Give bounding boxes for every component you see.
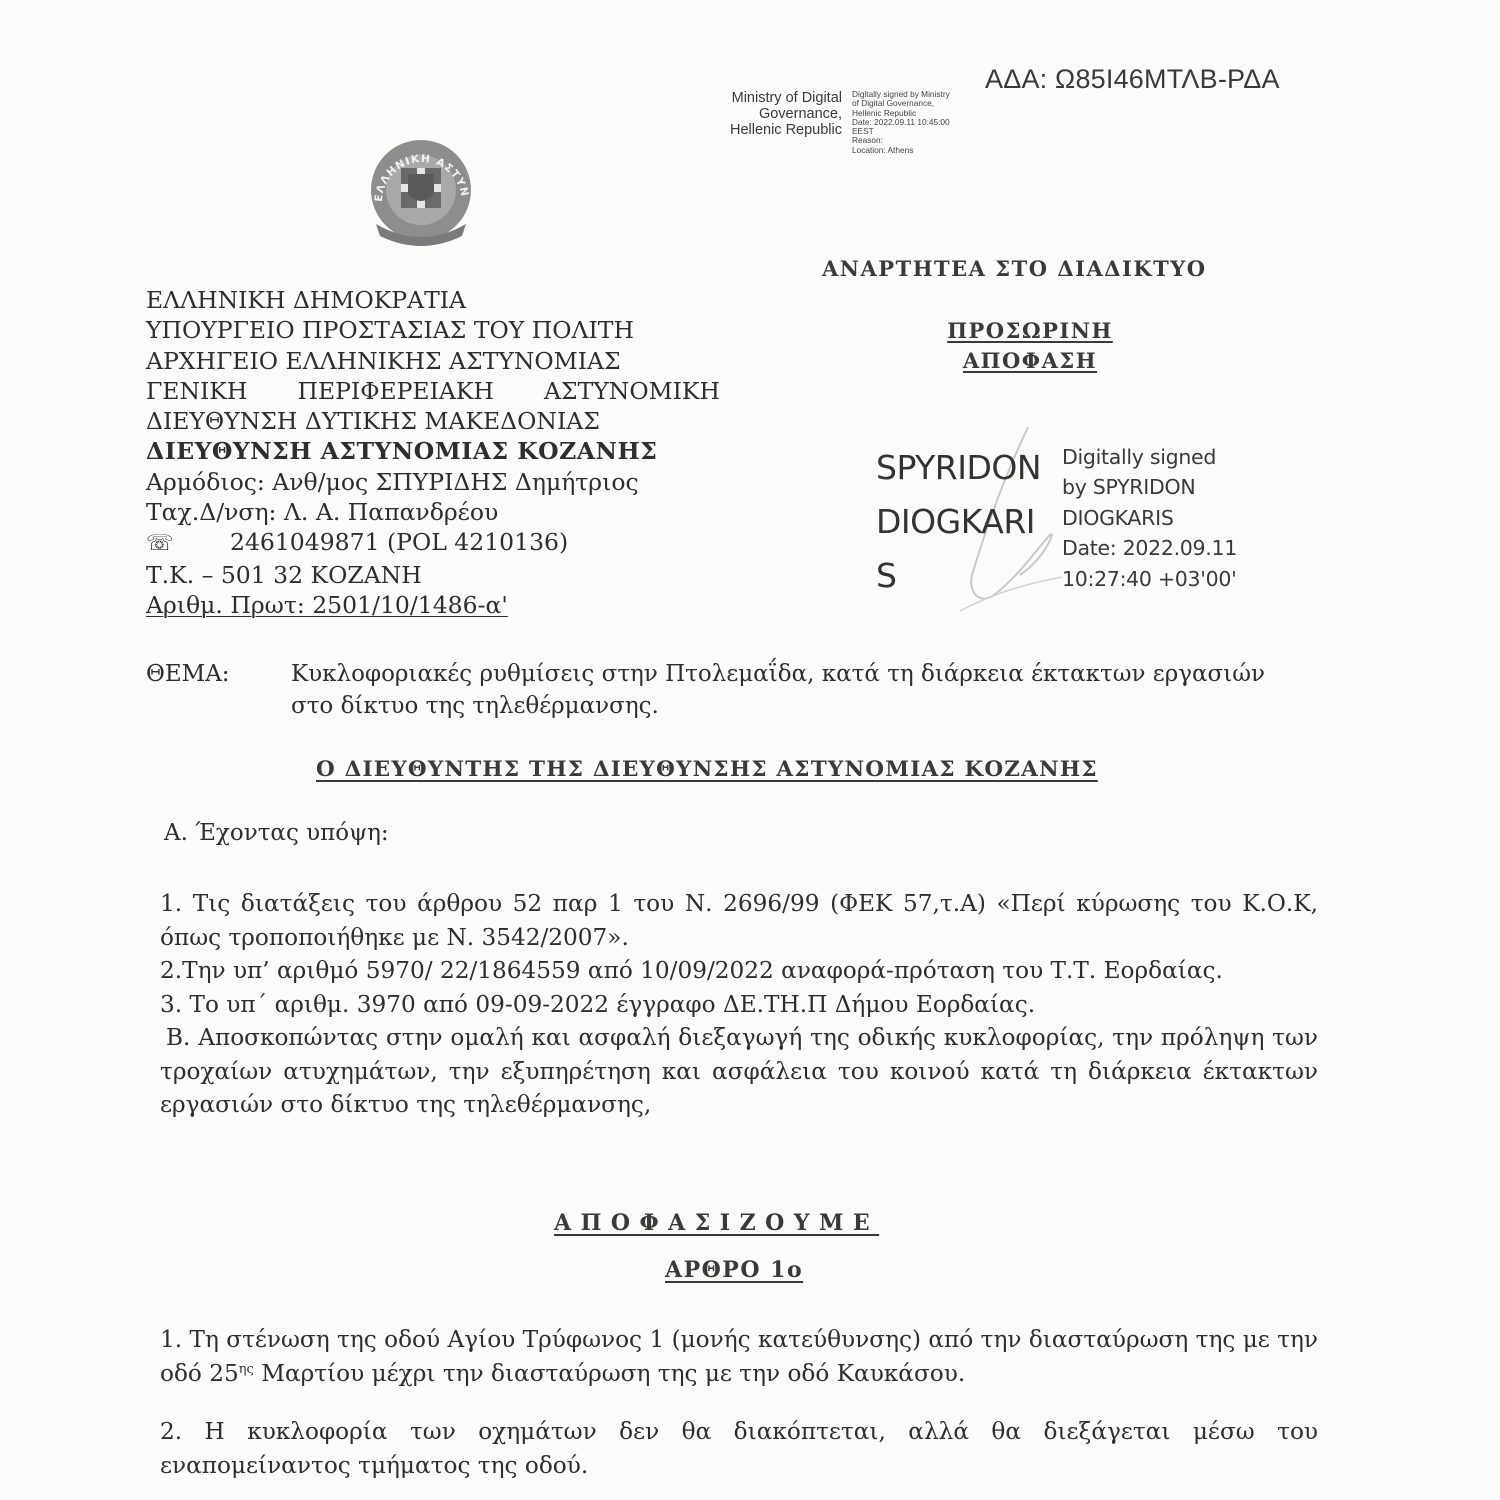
reference-item: 1. Τις διατάξεις του άρθρου 52 παρ 1 του…	[160, 887, 1318, 954]
phone-line: ☏2461049871 (POL 4210136)	[146, 527, 720, 559]
title-line: ΑΠΟΦΑΣΗ	[900, 346, 1160, 376]
subject-text: Κυκλοφοριακές ρυθμίσεις στην Πτολεμαΐδα,…	[291, 658, 1281, 722]
header-line-republic: ΕΛΛΗΝΙΚΗ ΔΗΜΟΚΡΑΤΙΑ	[146, 285, 720, 315]
hellenic-police-emblem-icon: ΕΛΛΗΝΙΚΗ ΑΣΤΥΝΟΜΙΑ	[362, 132, 480, 252]
postal-address: Ταχ.Δ/νση: Λ. Α. Παπανδρέου	[146, 497, 720, 527]
references-list: 1. Τις διατάξεις του άρθρου 52 παρ 1 του…	[160, 887, 1318, 1122]
signer-line: Ministry of Digital	[712, 90, 842, 106]
detail-line: Date: 2022.09.11	[1062, 533, 1237, 563]
header-line-general-police: ΓΕΝΙΚΗ ΠΕΡΙΦΕΡΕΙΑΚΗ ΑΣΤΥΝΟΜΙΚΗ	[146, 376, 720, 406]
word: ΓΕΝΙΚΗ	[146, 376, 247, 406]
temporary-decision-title: ΠΡΟΣΩΡΙΝΗ ΑΠΟΦΑΣΗ	[900, 316, 1160, 376]
director-digital-signature: SPYRIDON DIOGKARI S Digitally signed by …	[876, 441, 1237, 603]
header-line-ministry: ΥΠΟΥΡΓΕΙΟ ΠΡΟΣΤΑΣΙΑΣ ΤΟΥ ΠΟΛΙΤΗ	[146, 315, 720, 345]
reference-item: 3. Το υπ΄ αριθμ. 3970 από 09-09-2022 έγγ…	[160, 988, 1318, 1022]
phone-number: 2461049871 (POL 4210136)	[230, 528, 568, 556]
article-items: 1. Τη στένωση της οδού Αγίου Τρύφωνος 1 …	[160, 1323, 1318, 1500]
detail-line: 10:27:40 +03'00'	[1062, 564, 1237, 594]
ministry-signer-name: Ministry of Digital Governance, Hellenic…	[712, 90, 842, 155]
header-line-kozani-police: ΔΙΕΥΘΥΝΣΗ ΑΣΤΥΝΟΜΙΑΣ ΚΟΖΑΝΗΣ	[146, 436, 720, 466]
signer-name: SPYRIDON DIOGKARI S	[876, 441, 1062, 603]
decision-heading: ΑΠΟΦΑΣΙΖΟΥΜΕ	[554, 1210, 879, 1236]
item-text: Μαρτίου μέχρι την διασταύρωση της με την…	[254, 1360, 965, 1387]
signer-line: Governance,	[712, 106, 842, 122]
header-line-region: ΔΙΕΥΘΥΝΣΗ ΔΥΤΙΚΗΣ ΜΑΚΕΔΟΝΙΑΣ	[146, 406, 720, 436]
name-line: SPYRIDON	[876, 441, 1062, 495]
telephone-icon: ☏	[146, 529, 230, 559]
name-line: S	[876, 549, 1062, 603]
ministry-signature-details: Digitally signed by Ministry of Digital …	[852, 90, 950, 155]
word: ΑΣΤΥΝΟΜΙΚΗ	[544, 376, 720, 406]
post-online-notice: ΑΝΑΡΤΗΤΕΑ ΣΤΟ ΔΙΑΔΙΚΤΥΟ	[822, 256, 1207, 281]
article-heading: ΑΡΘΡΟ 1ο	[665, 1257, 803, 1283]
detail-line: DIOGKARIS	[1062, 503, 1237, 533]
word: ΠΕΡΙΦΕΡΕΙΑΚΗ	[297, 376, 493, 406]
article-item: 2. Η κυκλοφορία των οχημάτων δεν θα διακ…	[160, 1415, 1318, 1482]
article-item: 1. Τη στένωση της οδού Αγίου Τρύφωνος 1 …	[160, 1323, 1318, 1390]
signer-line: Hellenic Republic	[712, 122, 842, 138]
name-line: DIOGKARI	[876, 495, 1062, 549]
responsible-officer: Αρμόδιος: Ανθ/μος ΣΠΥΡΙΔΗΣ Δημήτριος	[146, 467, 720, 497]
reference-item: 2.Την υπ’ αριθμό 5970/ 22/1864559 από 10…	[160, 954, 1318, 988]
superscript: ης	[239, 1362, 254, 1377]
considering-label: Α. Έχοντας υπόψη:	[164, 820, 389, 846]
director-heading: Ο ΔΙΕΥΘΥΝΤΗΣ ΤΗΣ ΔΙΕΥΘΥΝΣΗΣ ΑΣΤΥΝΟΜΙΑΣ Κ…	[316, 757, 1098, 782]
detail-line: by SPYRIDON	[1062, 472, 1237, 502]
title-line: ΠΡΟΣΩΡΙΝΗ	[900, 316, 1160, 346]
subject-label: ΘΕΜΑ:	[146, 658, 291, 722]
purpose-paragraph: Β. Αποσκοπώντας στην ομαλή και ασφαλή δι…	[160, 1021, 1318, 1122]
detail-line: Digitally signed	[1062, 442, 1237, 472]
header-line-headquarters: ΑΡΧΗΓΕΙΟ ΕΛΛΗΝΙΚΗΣ ΑΣΤΥΝΟΜΙΑΣ	[146, 346, 720, 376]
ada-code: ΑΔΑ: Ω85Ι46ΜΤΛΒ-ΡΔΑ	[985, 64, 1280, 95]
protocol-number: Αριθμ. Πρωτ: 2501/10/1486-α'	[146, 590, 720, 620]
issuing-authority-block: ΕΛΛΗΝΙΚΗ ΔΗΜΟΚΡΑΤΙΑ ΥΠΟΥΡΓΕΙΟ ΠΡΟΣΤΑΣΙΑΣ…	[146, 285, 720, 620]
detail-line: Location: Athens	[852, 146, 950, 155]
signature-details: Digitally signed by SPYRIDON DIOGKARIS D…	[1062, 442, 1237, 603]
ministry-digital-signature: Ministry of Digital Governance, Hellenic…	[712, 90, 950, 155]
subject-line: ΘΕΜΑ: Κυκλοφοριακές ρυθμίσεις στην Πτολε…	[146, 658, 1281, 722]
postal-code: Τ.Κ. – 501 32 ΚΟΖΑΝΗ	[146, 560, 720, 590]
